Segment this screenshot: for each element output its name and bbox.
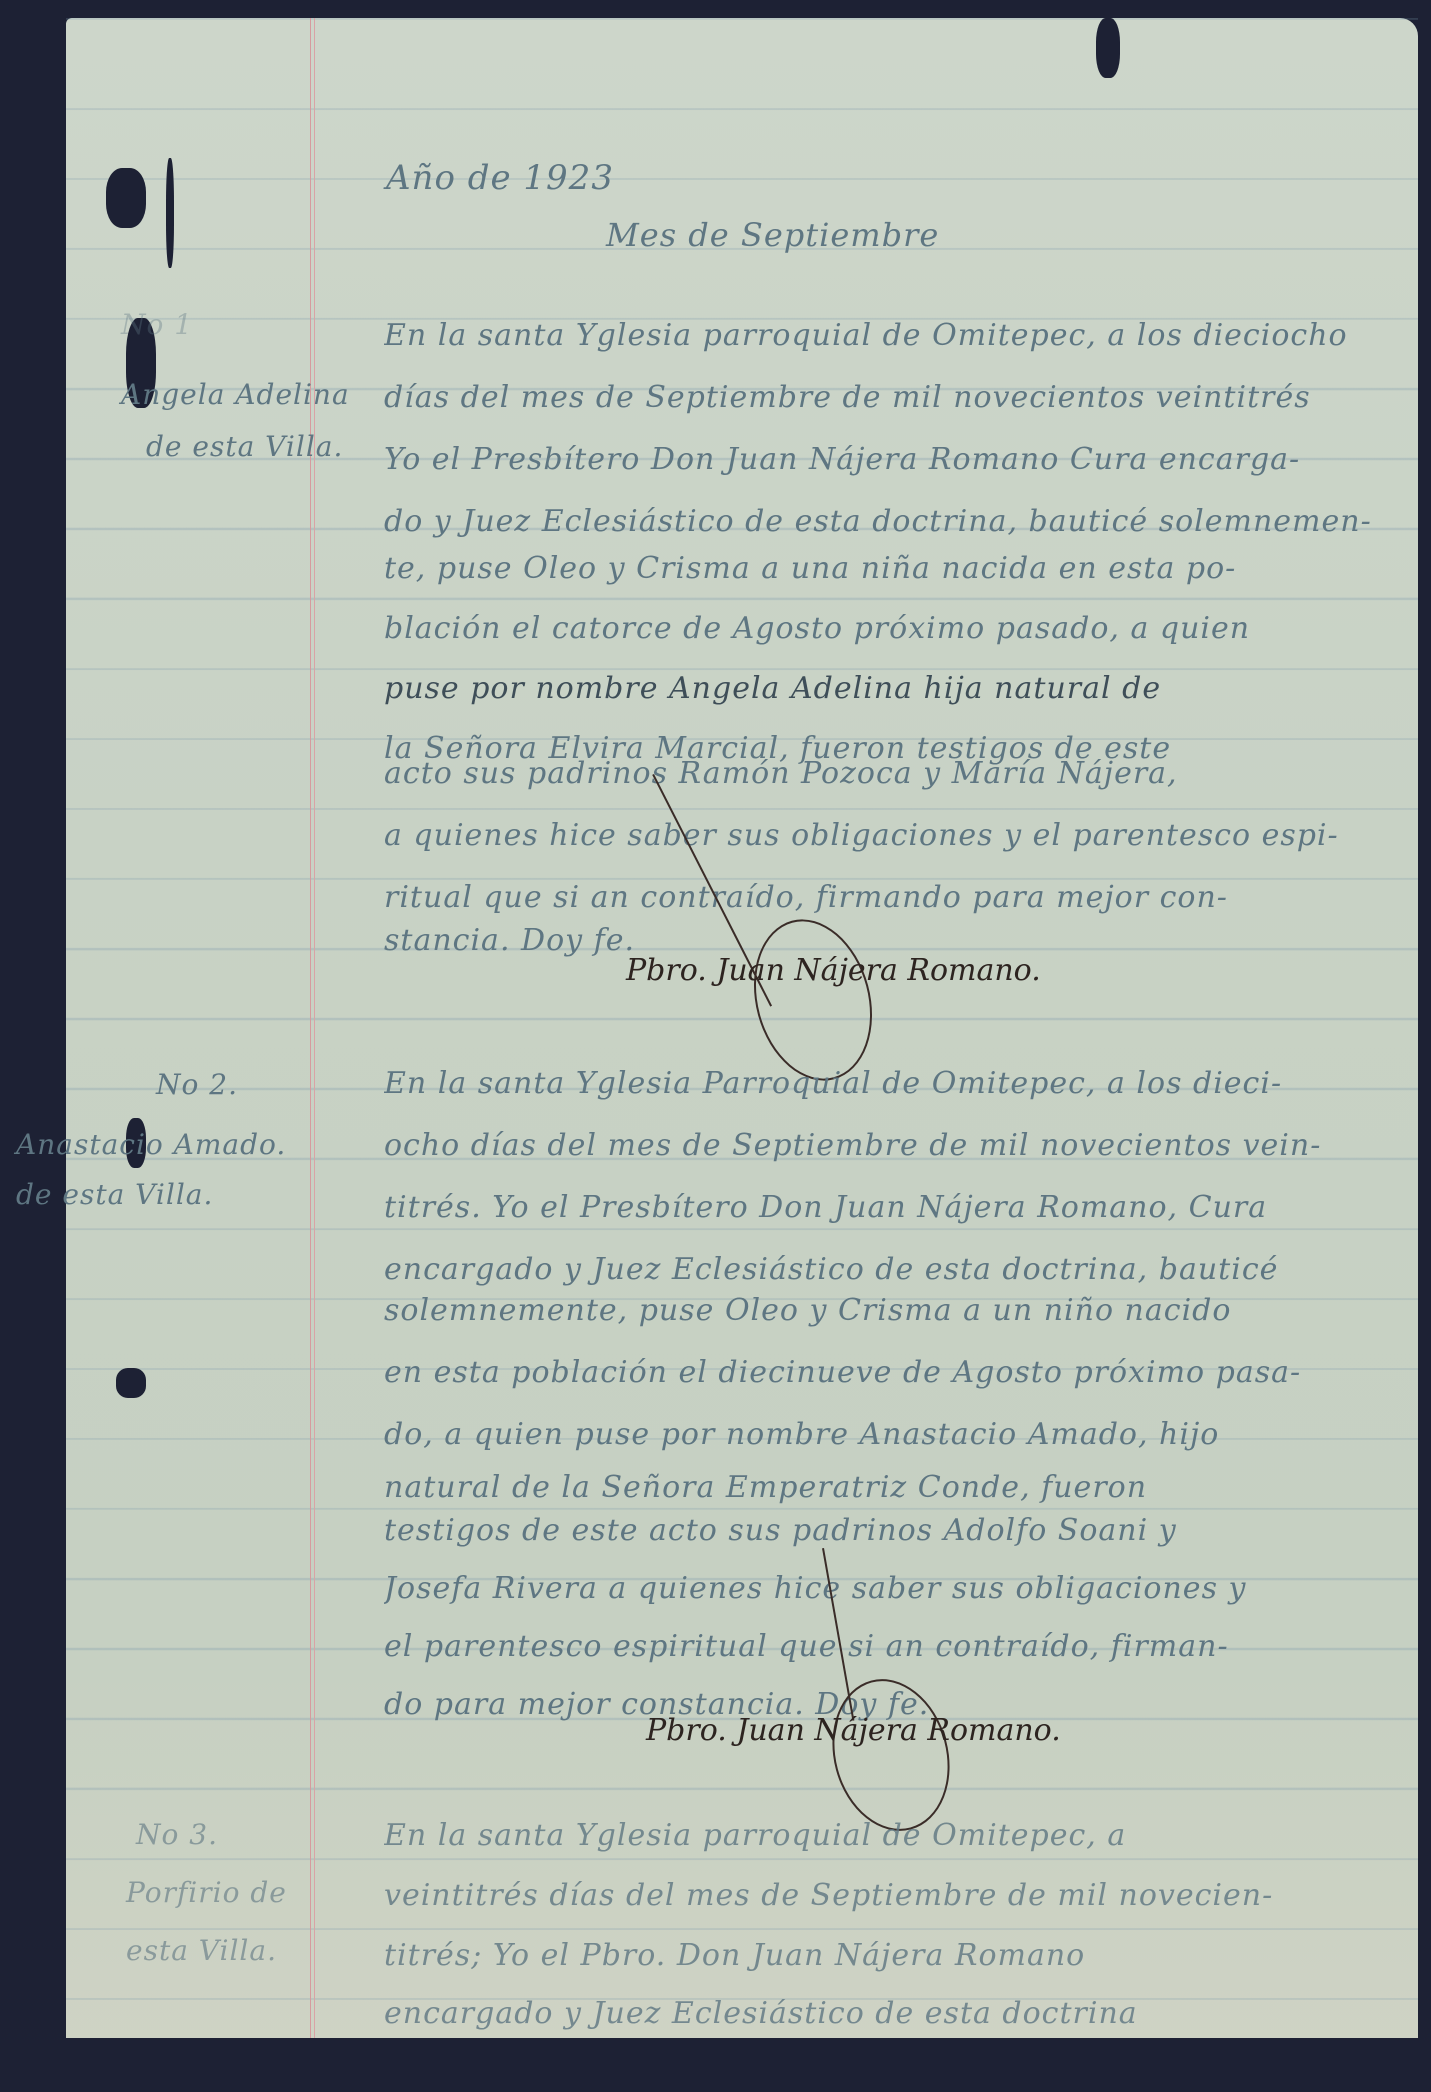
entry-line: En la santa Yglesia parroquial de Omitep… <box>384 1818 1431 1853</box>
entry-line: titrés; Yo el Pbro. Don Juan Nájera Roma… <box>384 1938 1431 1973</box>
paper-damage <box>1096 18 1120 78</box>
paper-damage <box>106 168 146 228</box>
month-heading: Mes de Septiembre <box>606 216 939 254</box>
entry-line: titrés. Yo el Presbítero Don Juan Nájera… <box>384 1190 1431 1225</box>
entry-line: En la santa Yglesia Parroquial de Omitep… <box>384 1066 1431 1101</box>
entry-line: veintitrés días del mes de Septiembre de… <box>384 1878 1431 1913</box>
entry-3-name: Porfirio de <box>126 1876 287 1909</box>
entry-line: encargado y Juez Eclesiástico de esta do… <box>384 1252 1431 1287</box>
entry-line: blación el catorce de Agosto próximo pas… <box>384 611 1431 646</box>
entry-line: do y Juez Eclesiástico de esta doctrina,… <box>384 504 1431 539</box>
paper-damage <box>116 1368 146 1398</box>
entry-line: en esta población el diecinueve de Agost… <box>384 1355 1431 1390</box>
entry-2-name: Anastacio Amado. <box>16 1128 286 1161</box>
entry-line: a quienes hice saber sus obligaciones y … <box>384 818 1431 853</box>
entry-line: Josefa Rivera a quienes hice saber sus o… <box>384 1571 1431 1606</box>
entry-line: te, puse Oleo y Crisma a una niña nacida… <box>384 551 1431 586</box>
entry-1-name: Angela Adelina <box>121 378 350 411</box>
entry-line: acto sus padrinos Ramón Pozoca y María N… <box>384 756 1431 791</box>
entry-line: Yo el Presbítero Don Juan Nájera Romano … <box>384 442 1431 477</box>
entry-line: En la santa Yglesia parroquial de Omitep… <box>384 318 1431 353</box>
entry-line: días del mes de Septiembre de mil noveci… <box>384 380 1431 415</box>
paper-damage <box>166 158 174 268</box>
entry-line: puse por nombre Angela Adelina hija natu… <box>384 671 1431 706</box>
register-page: Año de 1923 Mes de Septiembre No 1 Angel… <box>66 18 1418 2068</box>
entry-2-number: No 2. <box>156 1068 238 1101</box>
entry-line: do, a quien puse por nombre Anastacio Am… <box>384 1417 1431 1452</box>
entry-1-signature: Pbro. Juan Nájera Romano. <box>626 953 1041 988</box>
torn-edge <box>66 2008 1418 2068</box>
entry-3-number: No 3. <box>136 1818 218 1851</box>
entry-2-origin: de esta Villa. <box>16 1178 213 1211</box>
entry-3-origin: esta Villa. <box>126 1934 277 1967</box>
entry-line: el parentesco espiritual que si an contr… <box>384 1629 1431 1664</box>
entry-2-signature: Pbro. Juan Nájera Romano. <box>646 1713 1061 1748</box>
entry-line: ritual que si an contraído, firmando par… <box>384 880 1431 915</box>
entry-1-origin: de esta Villa. <box>146 430 343 463</box>
entry-line: testigos de este acto sus padrinos Adolf… <box>384 1513 1431 1548</box>
entry-1-number: No 1 <box>121 308 193 341</box>
entry-line: ocho días del mes de Septiembre de mil n… <box>384 1128 1431 1163</box>
year-heading: Año de 1923 <box>386 158 614 198</box>
margin-rule <box>310 18 315 2068</box>
entry-line: solemnemente, puse Oleo y Crisma a un ni… <box>384 1293 1431 1328</box>
entry-line: natural de la Señora Emperatriz Conde, f… <box>384 1470 1431 1505</box>
